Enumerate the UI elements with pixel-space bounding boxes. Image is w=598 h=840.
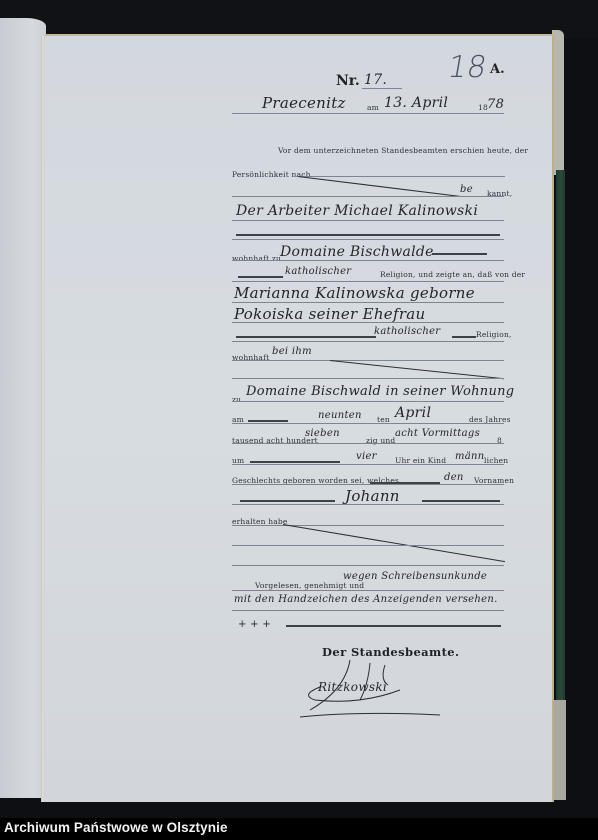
rule [232, 401, 504, 402]
rule [232, 443, 504, 444]
rule [232, 113, 504, 114]
left-page-edge [0, 18, 46, 798]
rule [295, 176, 505, 177]
year-handwritten: 78 [487, 97, 504, 112]
person-name: Der Arbeiter Michael Kalinowski [236, 203, 478, 219]
fill-line [452, 336, 476, 338]
fill-line [248, 420, 288, 422]
rule [232, 220, 504, 221]
fill-line [250, 461, 340, 463]
page-stack-edge-bottom [554, 700, 566, 800]
rule [232, 525, 504, 526]
rule [232, 281, 504, 282]
mother-name-line-1: Marianna Kalinowska geborne [234, 284, 475, 302]
handmarks: + + + [238, 619, 271, 630]
forename-fill-pre: den [444, 472, 464, 483]
residence-label: wohnhaft zu [232, 254, 281, 263]
fill-line [422, 500, 500, 502]
intro-text: Vor dem unterzeichneten Standesbeamten e… [278, 146, 528, 155]
year-fill-1: sieben [305, 428, 340, 439]
birthplace-fill: Domaine Bischwald in seiner Wohnung [246, 384, 514, 399]
date-field: 13. April [384, 95, 448, 111]
date-prefix: am [367, 103, 379, 112]
rule [232, 322, 504, 323]
religion-fill-1: katholischer [285, 266, 351, 277]
rule [232, 590, 504, 591]
archive-name: Archiwum Państwowe w Olsztynie [4, 820, 228, 835]
rule [232, 341, 504, 342]
entry-number-label: Nr. [336, 73, 360, 89]
book-cover-edge [556, 170, 565, 700]
rule [232, 360, 504, 361]
rule [232, 565, 504, 566]
fill-line [236, 336, 376, 338]
rule [232, 423, 504, 424]
entry-number: 17. [364, 72, 387, 88]
religion-text-1: Religion, und zeigte an, daß von der [380, 270, 525, 279]
identity-fill: be [460, 184, 473, 195]
rule [232, 302, 504, 303]
fill-line [238, 276, 283, 278]
mother-name-line-2: Pokoiska seiner Ehefrau [234, 305, 426, 323]
archive-footer: Archiwum Państwowe w Olsztynie [0, 818, 598, 840]
rule [232, 610, 504, 611]
year-fill-2: acht Vormittags [395, 428, 480, 439]
time-fill: vier [356, 451, 377, 462]
column-marker: A. [490, 62, 505, 77]
rule [232, 464, 504, 465]
child-name: Johann [345, 487, 400, 505]
rule [362, 88, 402, 89]
fill-line [432, 253, 487, 255]
fill-line [240, 500, 335, 502]
religion-text-2: Religion, [476, 330, 512, 339]
rule [232, 484, 504, 485]
birth-day-fill: neunten [318, 410, 362, 421]
rule [232, 196, 504, 197]
rule [232, 504, 504, 505]
fill-line [286, 625, 501, 627]
document-scan: Nr. 17. 18 A. Praecenitz am 13. April 18… [0, 0, 598, 818]
place-field: Praecenitz [262, 94, 346, 112]
rule [232, 239, 504, 240]
birthplace-label: zu [232, 395, 241, 404]
rule [232, 378, 504, 379]
mother-residence-fill: bei ihm [272, 346, 312, 357]
fill-line [236, 234, 500, 236]
closing-label: Vorgelesen, genehmigt und [255, 581, 364, 590]
binding-gutter [41, 36, 45, 802]
identity-label: Persönlichkeit nach [232, 170, 311, 179]
rule [232, 545, 504, 546]
closing-fill-1: wegen Schreibensunkunde [343, 571, 487, 582]
residence-fill: Domaine Bischwalde [280, 244, 434, 260]
rule [232, 260, 504, 261]
religion-fill-2: katholischer [374, 326, 440, 337]
closing-fill-2: mit den Handzeichen des Anzeigenden vers… [234, 594, 498, 605]
birth-month-fill: April [395, 405, 431, 421]
scanner-background [0, 0, 598, 38]
folio-number: 18 [445, 50, 489, 85]
gender-fill: männ [455, 451, 485, 462]
signature-flourish [290, 655, 450, 725]
